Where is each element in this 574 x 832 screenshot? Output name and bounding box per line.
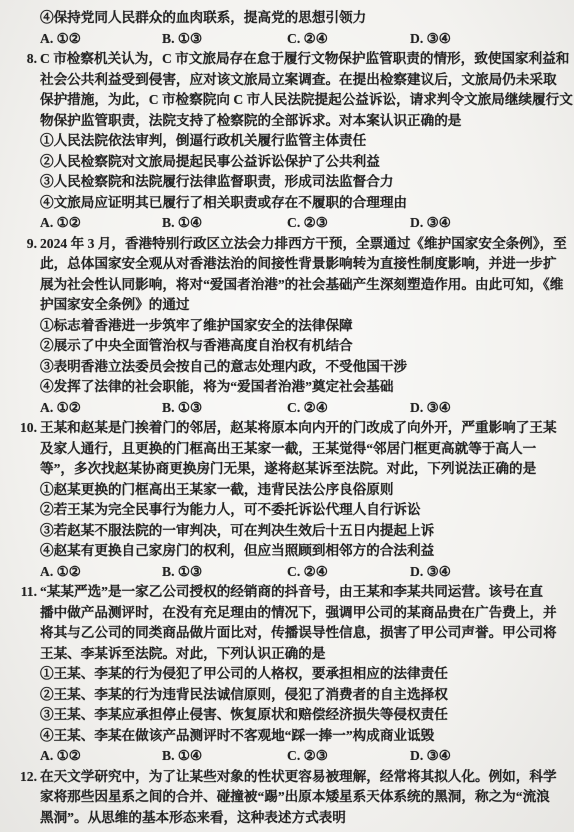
question-stem-line: 及家人通行，且更换的门框高出王某家一截，王某觉得“邻居门框更高就等于高人一 (40, 439, 560, 460)
question-stem-line: 保护措施，为此，C 市检察院向 C 市人民法院提起公益诉讼，请求判令文旅局继续履… (40, 90, 560, 111)
question-number: 9. (14, 234, 40, 419)
question-stem-line: 展为社会性认同影响，将对“爱国者治港”的社会基础产生深刻塑造作用。由此可知，《维 (40, 275, 560, 296)
question-number: 8. (14, 49, 40, 234)
choice-c: C. ②③ (287, 746, 410, 767)
question-stem-line: 将其与乙公司的同类商品做片面比对，传播误导性信息，损害了甲公司声誉。甲公司将 (40, 623, 560, 644)
choice-b: B. ①③ (162, 562, 287, 583)
choice-b: B. ①④ (162, 746, 287, 767)
exam-page: ④保持党同人民群众的血肉联系，提高党的思想引领力 A. ①② B. ①③ C. … (0, 0, 574, 832)
answer-choices-row: A. ①② B. ①③ C. ②④ D. ③④ (40, 398, 560, 419)
choice-c: C. ②④ (287, 562, 410, 583)
choice-c: C. ②③ (287, 213, 410, 234)
choice-b: B. ①④ (162, 213, 287, 234)
question-stem-line: 社会公共利益受到侵害，应对该文旅局立案调查。在提出检察建议后，文旅局仍未采取 (40, 70, 560, 91)
question-stem-line: 物保护监管职责，法院支持了检察院的全部诉求。对本案认识正确的是 (40, 111, 560, 132)
option-item: ③若赵某不服法院的一审判决，可在判决生效后十五日内提起上诉 (40, 521, 560, 542)
choice-d: D. ③④ (410, 562, 560, 583)
choice-d: D. ③④ (410, 29, 560, 50)
question-stem-line: 播中做产品测评时，在没有充足理由的情况下，强调甲公司的某商品贵在广告费上，并 (40, 603, 560, 624)
option-item: ④王某、李某在做该产品测评时不客观地“踩一捧一”构成商业诋毁 (40, 726, 560, 747)
question-stem-line: 2024 年 3 月，香港特别行政区立法会力排西方干预，全票通过《维护国家安全条… (40, 234, 560, 255)
option-item: ①赵某更换的门框高出王某家一截，违背民法公序良俗原则 (40, 480, 560, 501)
choice-d: D. ③④ (410, 398, 560, 419)
option-item: ②展示了中央全面管治权与香港高度自治权有机结合 (40, 336, 560, 357)
question-12: 12. 在天文学研究中，为了让某些对象的性状更容易被理解，经常将其拟人化。例如，… (14, 767, 560, 829)
question-number: 10. (14, 418, 40, 582)
option-item: ①王某、李某的行为侵犯了甲公司的人格权，要承担相应的法律责任 (40, 664, 560, 685)
option-item: ①人民法院依法审判，倒逼行政机关履行监管主体责任 (40, 131, 560, 152)
option-item: ③人民检察院和法院履行法律监督职责，形成司法监督合力 (40, 172, 560, 193)
question-stem-line: 黑洞”。从思维的基本形态来看，这种表述方式表明 (40, 808, 560, 829)
question-9: 9. 2024 年 3 月，香港特别行政区立法会力排西方干预，全票通过《维护国家… (14, 234, 560, 419)
option-item: ③王某、李某应承担停止侵害、恢复原状和赔偿经济损失等侵权责任 (40, 705, 560, 726)
option-item: ④保持党同人民群众的血肉联系，提高党的思想引领力 (40, 8, 560, 29)
choice-a: A. ①② (40, 746, 162, 767)
option-item: ④文旅局应证明其已履行了相关职责或存在不履职的合理理由 (40, 193, 560, 214)
choice-c: C. ②④ (287, 398, 410, 419)
question-10: 10. 王某和赵某是门挨着门的邻居，赵某将原本向内开的门改成了向外开，严重影响了… (14, 418, 560, 582)
question-stem-line: 王某和赵某是门挨着门的邻居，赵某将原本向内开的门改成了向外开，严重影响了王某 (40, 418, 560, 439)
choice-a: A. ①② (40, 398, 162, 419)
option-item: ③表明香港立法委员会按自己的意志处理内政，不受他国干涉 (40, 357, 560, 378)
option-item: ④发挥了法律的社会职能，将为“爱国者治港”奠定社会基础 (40, 377, 560, 398)
option-item: ①标志着香港进一步筑牢了维护国家安全的法律保障 (40, 316, 560, 337)
choice-a: A. ①② (40, 29, 162, 50)
question-stem-line: 在天文学研究中，为了让某些对象的性状更容易被理解，经常将其拟人化。例如，科学 (40, 767, 560, 788)
question-number: 12. (14, 767, 40, 829)
choice-a: A. ①② (40, 562, 162, 583)
answer-choices-row: A. ①② B. ①④ C. ②③ D. ③④ (40, 213, 560, 234)
choice-d: D. ③④ (410, 746, 560, 767)
choice-b: B. ①③ (162, 29, 287, 50)
choice-a: A. ①② (40, 213, 162, 234)
question-stem-line: 等”，多次找赵某协商更换房门无果，遂将赵某诉至法院。对此，下列说法正确的是 (40, 459, 560, 480)
question-stem-line: C 市检察机关认为，C 市文旅局存在怠于履行文物保护监管职责的情形，致使国家利益… (40, 49, 560, 70)
question-stem-line: 家将那些因星系之间的合并、碰撞被“踢”出原本矮星系天体系统的黑洞，称之为“流浪 (40, 787, 560, 808)
option-item: ②王某、李某的行为违背民法诚信原则，侵犯了消费者的自主选择权 (40, 685, 560, 706)
option-item: ④赵某有更换自己家房门的权利，但应当照顾到相邻方的合法利益 (40, 541, 560, 562)
question-stem-line: 此，总体国家安全观从对香港法治的间接性背景影响转为直接性制度影响，并进一步扩 (40, 254, 560, 275)
option-item: ②人民检察院对文旅局提起民事公益诉讼保护了公共利益 (40, 152, 560, 173)
choice-c: C. ②④ (287, 29, 410, 50)
choice-b: B. ①③ (162, 398, 287, 419)
question-8: 8. C 市检察机关认为，C 市文旅局存在怠于履行文物保护监管职责的情形，致使国… (14, 49, 560, 234)
answer-choices-row: A. ①② B. ①③ C. ②④ D. ③④ (40, 562, 560, 583)
question-number: 11. (14, 582, 40, 767)
option-item: ②若王某为完全民事行为能力人，可不委托诉讼代理人自行诉讼 (40, 500, 560, 521)
question-stem-line: 王某、李某诉至法院。对此，下列认识正确的是 (40, 644, 560, 665)
answer-choices-row: A. ①② B. ①③ C. ②④ D. ③④ (40, 29, 560, 50)
question-stem-line: “某某严选”是一家乙公司授权的经销商的抖音号，由王某和李某共同运营。该号在直 (40, 582, 560, 603)
question-11: 11. “某某严选”是一家乙公司授权的经销商的抖音号，由王某和李某共同运营。该号… (14, 582, 560, 767)
question-stem-line: 护国家安全条例》的通过 (40, 295, 560, 316)
choice-d: D. ③④ (410, 213, 560, 234)
answer-choices-row: A. ①② B. ①④ C. ②③ D. ③④ (40, 746, 560, 767)
